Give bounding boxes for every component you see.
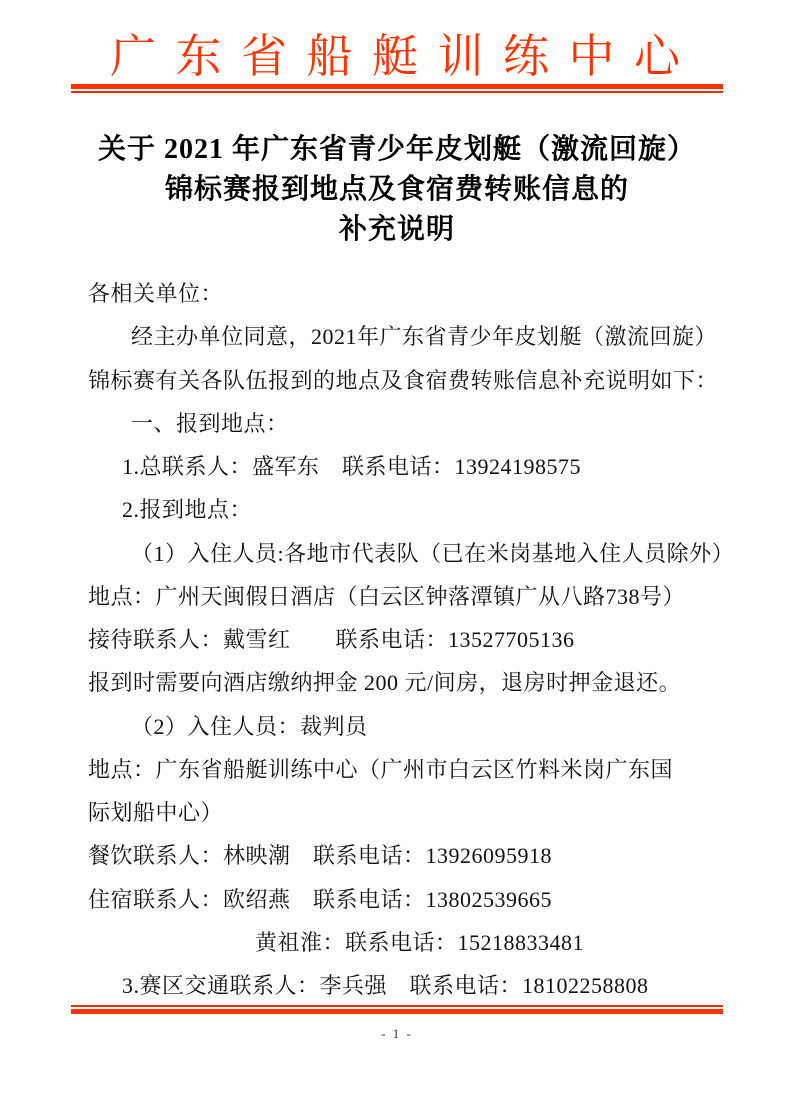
- document-page: 广 东 省 船 艇 训 练 中 心 关于 2021 年广东省青少年皮划艇（激流回…: [0, 0, 794, 1108]
- letterhead-double-rule: [71, 84, 723, 93]
- letterhead-org-name: 广 东 省 船 艇 训 练 中 心: [0, 20, 794, 86]
- body-line-group-2: （2）入住人员：裁判员: [88, 705, 734, 748]
- title-line-2: 锦标赛报到地点及食宿费转账信息的: [0, 170, 794, 210]
- body-line-deposit-note: 报到时需要向酒店缴纳押金 200 元/间房，退房时押金退还。: [88, 661, 734, 704]
- body-line-center-address-1: 地点：广东省船艇训练中心（广州市白云区竹料米岗广东国: [88, 748, 734, 791]
- title-line-1: 关于 2021 年广东省青少年皮划艇（激流回旋）: [0, 130, 794, 170]
- page-number: - 1 -: [0, 1026, 794, 1042]
- body-line-lodging-contact: 住宿联系人：欧绍燕 联系电话：13802539665: [88, 878, 734, 921]
- body-line-salutation: 各相关单位：: [88, 272, 734, 315]
- body-line-intro-1: 经主办单位同意，2021年广东省青少年皮划艇（激流回旋）: [88, 315, 734, 358]
- body-line-lodging-contact-2: 黄祖淮：联系电话：15218833481: [88, 921, 734, 964]
- body-line-intro-2: 锦标赛有关各队伍报到的地点及食宿费转账信息补充说明如下：: [88, 359, 734, 402]
- body-line-catering-contact: 餐饮联系人：林映潮 联系电话：13926095918: [88, 834, 734, 877]
- body-line-group-1: （1）入住人员:各地市代表队（已在米岗基地入住人员除外）: [88, 532, 734, 575]
- body-line-section-1: 一、报到地点：: [88, 402, 734, 445]
- notice-title: 关于 2021 年广东省青少年皮划艇（激流回旋） 锦标赛报到地点及食宿费转账信息…: [0, 130, 794, 250]
- rule-thick-line: [71, 1009, 723, 1014]
- footer-double-rule: [71, 1005, 723, 1014]
- body-line-general-contact: 1.总联系人：盛军东 联系电话：13924198575: [88, 445, 734, 488]
- title-line-3: 补充说明: [0, 210, 794, 250]
- body-line-hotel-address: 地点：广州天闽假日酒店（白云区钟落潭镇广从八路738号）: [88, 575, 734, 618]
- body-line-reception-contact: 接待联系人：戴雪红 联系电话：13527705136: [88, 618, 734, 661]
- notice-body: 各相关单位： 经主办单位同意，2021年广东省青少年皮划艇（激流回旋） 锦标赛有…: [88, 272, 734, 1007]
- body-line-transport-contact: 3.赛区交通联系人：李兵强 联系电话：18102258808: [88, 964, 734, 1007]
- body-line-center-address-2: 际划船中心）: [88, 791, 734, 834]
- rule-thin-line: [71, 91, 723, 93]
- body-line-checkin-location: 2.报到地点：: [88, 488, 734, 531]
